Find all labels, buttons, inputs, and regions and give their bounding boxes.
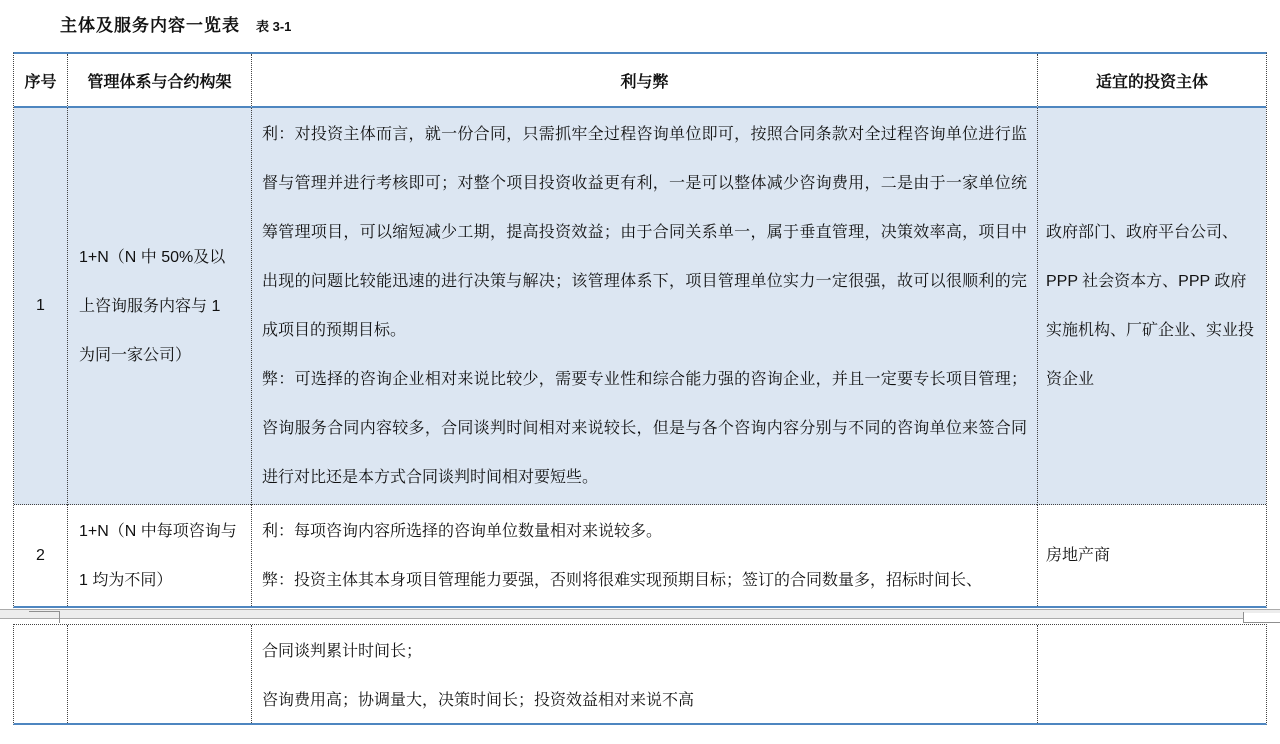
cont-cons-line1: 合同谈判累计时间长；	[262, 627, 1027, 676]
row1-cell-framework: 1+N（N 中 50%及以上咨询服务内容与 1 为同一家公司）	[67, 108, 251, 505]
row1-cell-no: 1	[14, 108, 67, 505]
cont-cons-line2: 咨询费用高；协调量大，决策时间长；投资效益相对来说不高	[262, 676, 1027, 723]
header-cell-framework: 管理体系与合约构架	[67, 54, 251, 108]
cont-cell-no	[14, 625, 67, 723]
page-break-band	[0, 609, 1280, 619]
cont-cell-framework	[67, 625, 251, 723]
row2-cell-pros-cons: 利：每项咨询内容所选择的咨询单位数量相对来说较多。 弊：投资主体其本身项目管理能…	[251, 505, 1037, 606]
page-break-left-notch	[29, 611, 60, 612]
cont-cell-pros-cons: 合同谈判累计时间长； 咨询费用高；协调量大，决策时间长；投资效益相对来说不高	[251, 625, 1037, 723]
header-cell-investors: 适宜的投资主体	[1037, 54, 1266, 108]
header-cell-no: 序号	[14, 54, 67, 108]
cont-cell-investors	[1037, 625, 1266, 723]
row2-cell-investors: 房地产商	[1037, 505, 1266, 606]
summary-table-page1: 序号 管理体系与合约构架 利与弊 适宜的投资主体 1 1+N（N 中 50%及以…	[13, 52, 1267, 608]
summary-table-page2-continuation: 合同谈判累计时间长； 咨询费用高；协调量大，决策时间长；投资效益相对来说不高	[13, 624, 1267, 725]
table-caption: 主体及服务内容一览表 表 3-1	[60, 11, 291, 36]
row2-cons-text: 弊：投资主体其本身项目管理能力要强，否则将很难实现预期目标；签订的合同数量多，招…	[262, 556, 1027, 605]
document-title: 主体及服务内容一览表	[60, 11, 240, 36]
table-number-label: 表 3-1	[256, 16, 291, 35]
row1-cell-pros-cons: 利：对投资主体而言，就一份合同，只需抓牢全过程咨询单位即可，按照合同条款对全过程…	[251, 108, 1037, 505]
row1-cell-investors: 政府部门、政府平台公司、PPP 社会资本方、PPP 政府实施机构、厂矿企业、实业…	[1037, 108, 1266, 505]
row2-pros-text: 利：每项咨询内容所选择的咨询单位数量相对来说较多。	[262, 507, 1027, 556]
row1-cons-text: 弊：可选择的咨询企业相对来说比较少，需要专业性和综合能力强的咨询企业，并且一定要…	[262, 355, 1027, 502]
page-break-right-notch-bottom	[1243, 622, 1280, 623]
page-break-right-notch	[1244, 613, 1280, 619]
row1-pros-text: 利：对投资主体而言，就一份合同，只需抓牢全过程咨询单位即可，按照合同条款对全过程…	[262, 110, 1027, 355]
header-cell-pros-cons: 利与弊	[251, 54, 1037, 108]
row2-cell-framework: 1+N（N 中每项咨询与 1 均为不同）	[67, 505, 251, 606]
row2-cell-no: 2	[14, 505, 67, 606]
page-break-left-notch-edge	[59, 611, 60, 623]
